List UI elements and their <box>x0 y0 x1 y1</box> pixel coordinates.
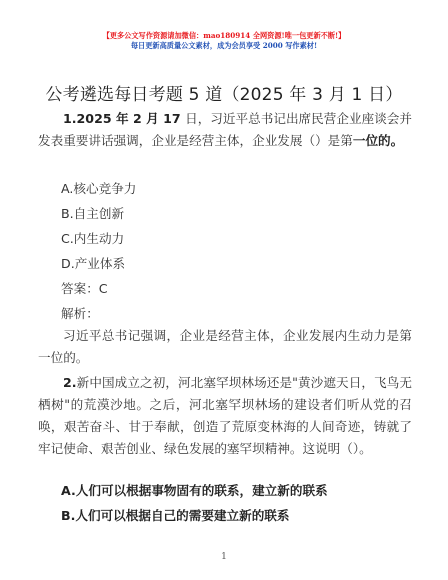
question-1-analysis-label: 解析： <box>61 303 99 322</box>
page-number: 1 <box>0 552 448 562</box>
question-1-number: 1.2025 年 2 月 17 <box>63 111 185 126</box>
option-text: 内生动力 <box>74 231 124 246</box>
question-2-text: 新中国成立之初，河北塞罕坝林场还是"黄沙遮天日，飞鸟无栖树"的荒漠沙地。之后，河… <box>38 375 412 456</box>
question-1-answer: 答案：C <box>61 278 108 297</box>
question-1-stem: 1.2025 年 2 月 17 日，习近平总书记出席民营企业座谈会并发表重要讲话… <box>38 108 412 152</box>
option-text: 核心竞争力 <box>73 181 136 196</box>
option-text: 自主创新 <box>74 206 124 221</box>
question-1-option-a: A.核心竞争力 <box>61 178 136 197</box>
promo-banner-line-2: 每日更新高质量公文素材，成为会员享受 2000 写作素材! <box>0 41 448 51</box>
document-page: 【更多公文写作资源请加微信：mao180914 全网资源!唯一包更新不断!】 每… <box>0 0 448 580</box>
promo-banner-line-1: 【更多公文写作资源请加微信：mao180914 全网资源!唯一包更新不断!】 <box>0 31 448 41</box>
question-1-analysis: 习近平总书记强调，企业是经营主体，企业发展内生动力是第一位的。 <box>38 325 412 369</box>
option-text: 产业体系 <box>75 256 125 271</box>
option-letter: B. <box>61 206 74 221</box>
question-2-stem: 2.新中国成立之初，河北塞罕坝林场还是"黄沙遮天日，飞鸟无栖树"的荒漠沙地。之后… <box>38 372 412 460</box>
question-1-text-tail: 一位的。 <box>353 133 403 148</box>
option-letter: A. <box>61 181 73 196</box>
question-2-option-a: A.人们可以根据事物固有的联系，建立新的联系 <box>61 480 328 499</box>
question-2-option-b: B.人们可以根据自己的需要建立新的联系 <box>61 505 289 524</box>
question-1-option-d: D.产业体系 <box>61 253 125 272</box>
question-2-number: 2. <box>63 375 77 390</box>
option-letter: D. <box>61 256 75 271</box>
question-1-option-b: B.自主创新 <box>61 203 124 222</box>
option-letter: C. <box>61 231 74 246</box>
question-1-option-c: C.内生动力 <box>61 228 124 247</box>
page-title: 公考遴选每日考题 5 道（2025 年 3 月 1 日） <box>0 80 448 105</box>
